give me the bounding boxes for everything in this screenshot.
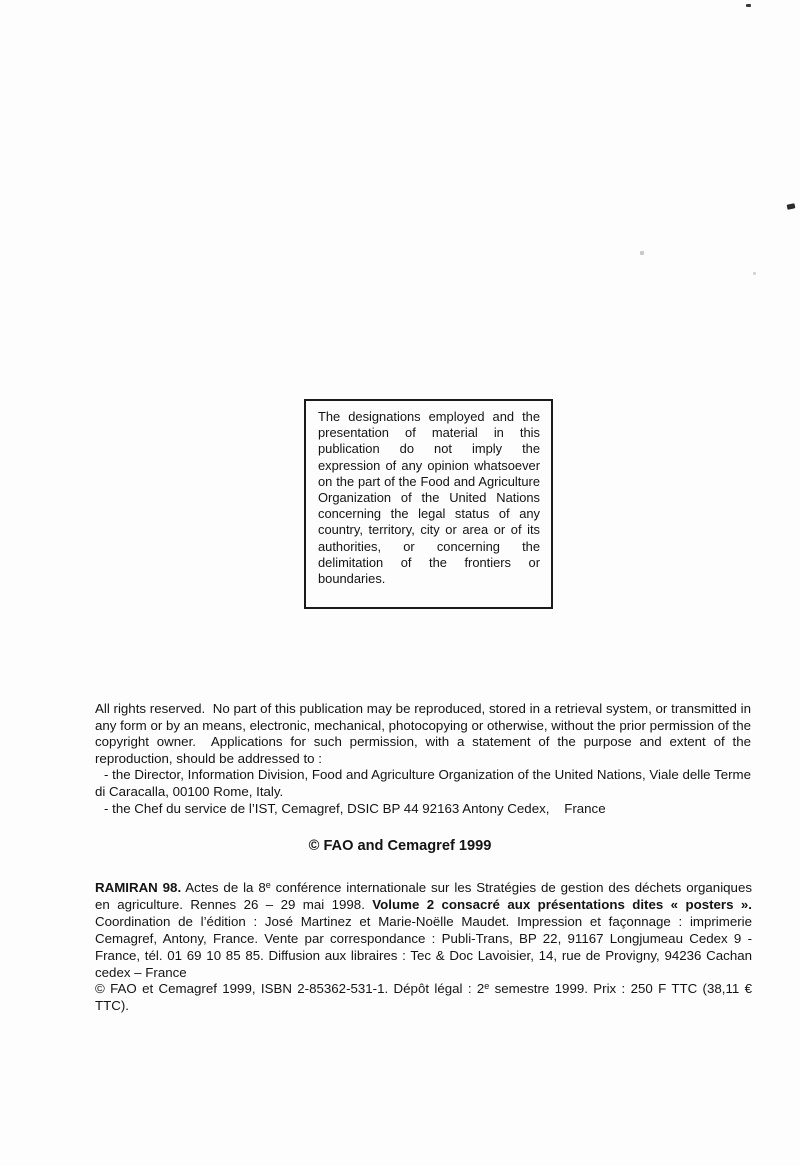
scanned-imprint-page: The designations employed and the presen… bbox=[0, 0, 800, 1165]
copyright-center-line: © FAO and Cemagref 1999 bbox=[0, 838, 800, 854]
imprint-text-3: Coordination de l’édition : José Martine… bbox=[95, 914, 752, 980]
imprint-text-1: Actes de la 8 bbox=[181, 880, 266, 895]
addressee-item-cemagref: - the Chef du service de l’IST, Cemagref… bbox=[95, 801, 751, 818]
scan-speck bbox=[787, 203, 796, 210]
legal-text-1: © FAO et Cemagref 1999, ISBN 2-85362-531… bbox=[95, 981, 484, 996]
scan-speck bbox=[753, 272, 756, 275]
imprint-title-bold: RAMIRAN 98. bbox=[95, 880, 181, 895]
imprint-paragraph: RAMIRAN 98. Actes de la 8e conférence in… bbox=[95, 880, 752, 981]
rights-reserved-paragraph: All rights reserved. No part of this pub… bbox=[95, 701, 751, 767]
imprint-volume-bold: Volume 2 consacré aux présentations dite… bbox=[372, 897, 752, 912]
fao-disclaimer-box: The designations employed and the presen… bbox=[304, 399, 553, 609]
imprint-legal-line: © FAO et Cemagref 1999, ISBN 2-85362-531… bbox=[95, 981, 752, 1015]
scan-speck bbox=[746, 4, 751, 7]
imprint-block: RAMIRAN 98. Actes de la 8e conférence in… bbox=[95, 880, 752, 1015]
addressee-item-fao: - the Director, Information Division, Fo… bbox=[95, 767, 751, 800]
scan-speck bbox=[640, 251, 644, 255]
fao-disclaimer-text: The designations employed and the presen… bbox=[318, 409, 540, 587]
rights-reserved-block: All rights reserved. No part of this pub… bbox=[95, 701, 751, 817]
